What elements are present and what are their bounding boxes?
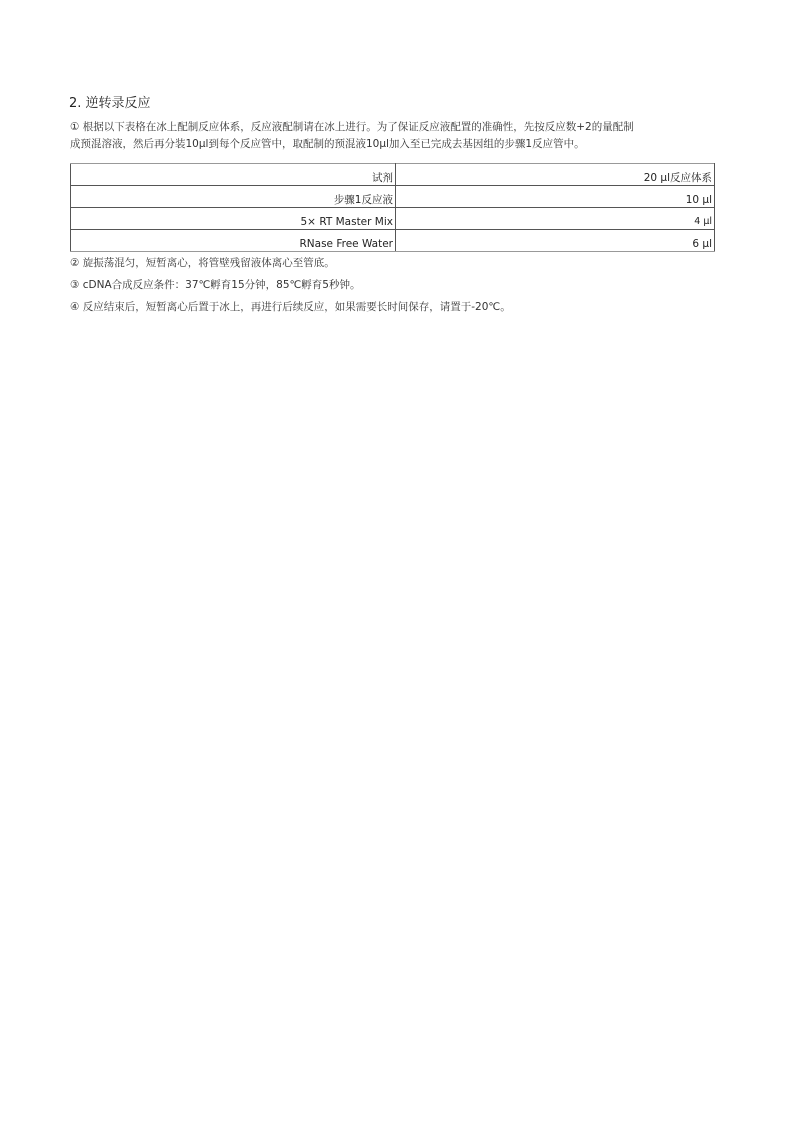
header-volume: 20 μl反应体系 xyxy=(396,164,715,186)
table-header-row: 试剂 20 μl反应体系 xyxy=(71,164,715,186)
step-4-paragraph: ④ 反应结束后，短暂离心后置于冰上，再进行后续反应，如果需要长时间保存，请置于-… xyxy=(70,299,720,316)
header-reagent: 试剂 xyxy=(71,164,396,186)
table-row: RNase Free Water 6 μl xyxy=(71,230,715,252)
section-title: 2. 逆转录反应 xyxy=(69,96,151,112)
step-1-paragraph: ① 根据以下表格在冰上配制反应体系，反应液配制请在冰上进行。为了保证反应液配置的… xyxy=(70,119,720,153)
reagent-table: 试剂 20 μl反应体系 步骤1反应液 10 μl 5× RT Master M… xyxy=(70,163,715,252)
reagent-volume: 6 μl xyxy=(396,230,715,252)
step-1-line-2: 成预混溶液，然后再分装10μl到每个反应管中，取配制的预混液10μl加入至已完成… xyxy=(70,136,720,153)
reagent-name: 步骤1反应液 xyxy=(71,186,396,208)
step-3-paragraph: ③ cDNA合成反应条件：37℃孵育15分钟，85℃孵育5秒钟。 xyxy=(70,277,720,294)
reagent-name: 5× RT Master Mix xyxy=(71,208,396,230)
reagent-name: RNase Free Water xyxy=(71,230,396,252)
reagent-volume: 4 μl xyxy=(396,208,715,230)
table-row: 5× RT Master Mix 4 μl xyxy=(71,208,715,230)
reagent-volume: 10 μl xyxy=(396,186,715,208)
step-2-paragraph: ② 旋振荡混匀，短暂离心，将管壁残留液体离心至管底。 xyxy=(70,255,720,272)
table-row: 步骤1反应液 10 μl xyxy=(71,186,715,208)
step-1-line-1: ① 根据以下表格在冰上配制反应体系，反应液配制请在冰上进行。为了保证反应液配置的… xyxy=(70,119,720,136)
